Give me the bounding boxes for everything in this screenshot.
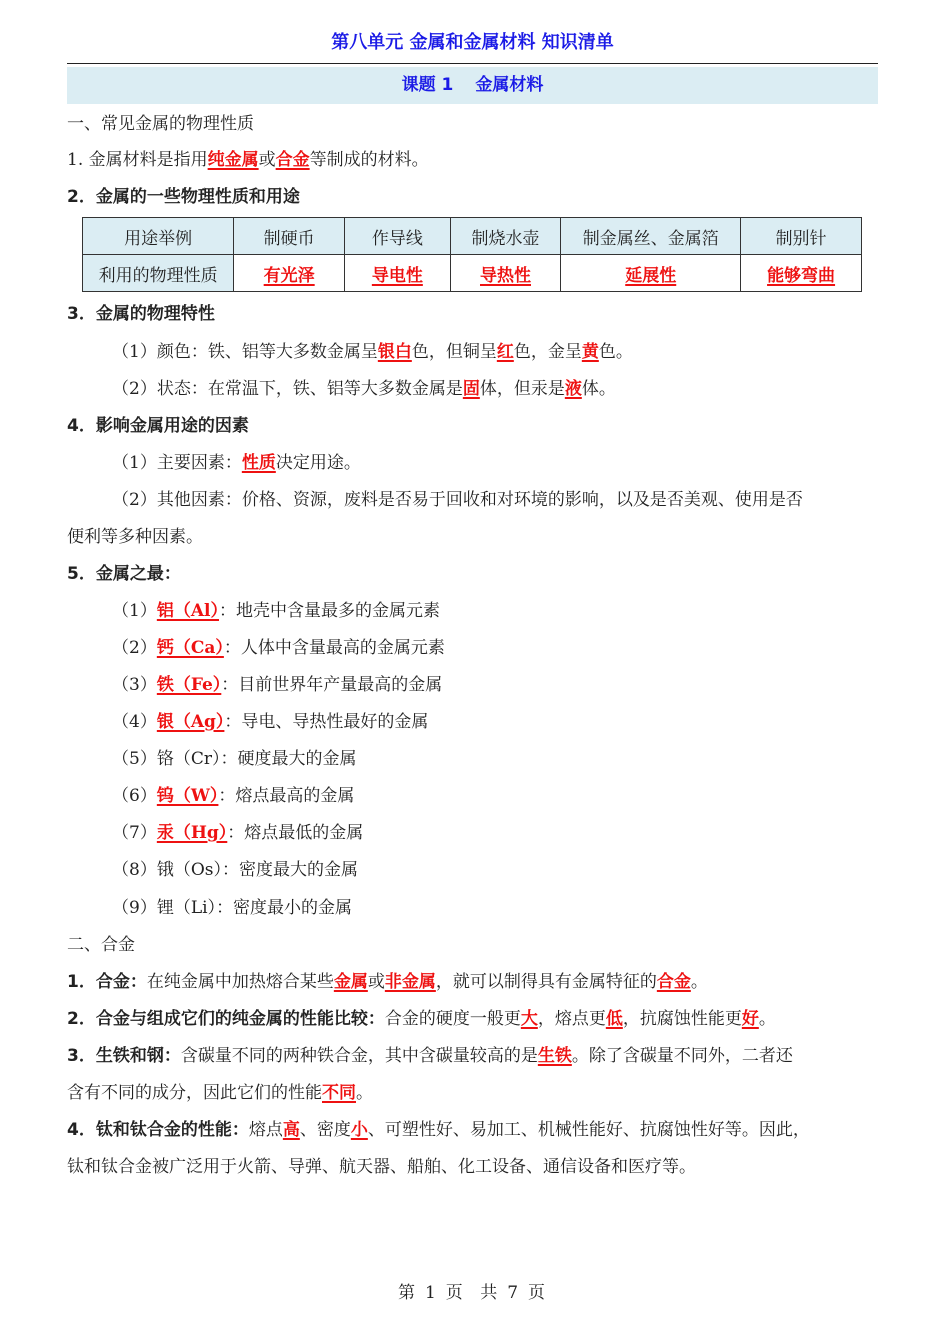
text: 色，金呈 (514, 342, 582, 362)
footer-text: 第 (398, 1283, 417, 1303)
item-description: ：密度最大的金属 (222, 860, 358, 880)
item-description: ：硬度最大的金属 (220, 749, 356, 769)
table-header-cell: 作导线 (345, 218, 451, 255)
document-title: 第八单元 金属和金属材料 知识清单 (0, 28, 945, 54)
properties-uses-table: 用途举例 制硬币 作导线 制烧水壶 制金属丝、金属箔 制别针 利用的物理性质 有… (82, 217, 862, 292)
answer-metal: 铁（Fe） (157, 675, 221, 695)
text: 或 (259, 150, 276, 170)
table-cell: 导电性 (345, 255, 451, 292)
answer-solid: 固 (463, 379, 480, 399)
text: 含有不同的成分，因此它们的性能 (67, 1083, 322, 1103)
item-label: 2．合金与组成它们的纯金属的性能比较： (67, 1009, 385, 1029)
item-number: （8） (112, 860, 157, 880)
text: 色，但铜呈 (412, 342, 497, 362)
subheading-factors: 4．影响金属用途的因素 (67, 414, 249, 438)
text: 决定用途。 (276, 453, 361, 473)
text: ，就可以制得具有金属特征的 (436, 972, 657, 992)
text: 合金的硬度一般更 (385, 1009, 521, 1029)
answer-bendable: 能够弯曲 (767, 266, 835, 286)
subheading-metal-records: 5．金属之最： (67, 562, 181, 586)
title-divider (67, 63, 878, 64)
item-number: （7） (112, 823, 157, 843)
answer-electrical-conductivity: 导电性 (372, 266, 423, 286)
answer-properties: 性质 (242, 453, 276, 473)
list-item: （1）铝（Al）：地壳中含量最多的金属元素 (112, 599, 440, 623)
answer-metal: 钙（Ca） (157, 638, 224, 658)
table-header-row: 用途举例 制硬币 作导线 制烧水壶 制金属丝、金属箔 制别针 (83, 218, 862, 255)
item-number: （9） (112, 898, 157, 918)
page-footer: 第1页 共7页 (0, 1278, 945, 1303)
list-item: （7）汞（Hg）：熔点最低的金属 (112, 821, 363, 845)
list-item: （5）铬（Cr）：硬度最大的金属 (112, 747, 356, 771)
paragraph-titanium-line1: 4．钛和钛合金的性能：熔点高、密度小、可塑性好、易加工、机械性能好、抗腐蚀性好等… (67, 1118, 810, 1142)
answer-pure-metal: 纯金属 (208, 150, 259, 170)
answer-alloy: 合金 (276, 150, 310, 170)
table-cell: 能够弯曲 (741, 255, 862, 292)
answer-ductility: 延展性 (625, 266, 676, 286)
list-item: （9）锂（Li）：密度最小的金属 (112, 896, 352, 920)
text: 含碳量不同的两种铁合金，其中含碳量较高的是 (181, 1046, 538, 1066)
item-number: （6） (112, 786, 157, 806)
section-heading-physical-properties: 一、常见金属的物理性质 (67, 112, 254, 136)
subheading-properties-uses: 2．金属的一些物理性质和用途 (67, 185, 300, 209)
text: （1）颜色：铁、铝等大多数金属呈 (112, 342, 378, 362)
paragraph-alloy-definition: 1．合金：在纯金属中加热熔合某些金属或非金属，就可以制得具有金属特征的合金。 (67, 970, 708, 994)
text: 或 (368, 972, 385, 992)
table-header-cell: 制金属丝、金属箔 (561, 218, 741, 255)
table-row-header: 利用的物理性质 (83, 255, 234, 292)
table-header-cell: 制烧水壶 (450, 218, 561, 255)
text: 、密度 (300, 1120, 351, 1140)
item-label: 4．钛和钛合金的性能： (67, 1120, 249, 1140)
table-header-cell: 制硬币 (234, 218, 345, 255)
answer-metal: 金属 (334, 972, 368, 992)
paragraph-main-factor: （1）主要因素：性质决定用途。 (112, 451, 361, 475)
answer-different: 不同 (322, 1083, 356, 1103)
paragraph-other-factors-line2: 便利等多种因素。 (67, 525, 203, 549)
list-item: （6）钨（W）：熔点最高的金属 (112, 784, 354, 808)
paragraph-alloy-comparison: 2．合金与组成它们的纯金属的性能比较：合金的硬度一般更大，熔点更低，抗腐蚀性能更… (67, 1007, 776, 1031)
answer-yellow: 黄 (582, 342, 599, 362)
paragraph-metal-materials: 1. 金属材料是指用纯金属或合金等制成的材料。 (67, 148, 429, 172)
text: ，熔点更 (538, 1009, 606, 1029)
answer-silver-white: 银白 (378, 342, 412, 362)
list-item: （2）钙（Ca）：人体中含量最高的金属元素 (112, 636, 445, 660)
text: 。 (759, 1009, 776, 1029)
answer-high: 高 (283, 1120, 300, 1140)
item-description: ：人体中含量最高的金属元素 (224, 638, 445, 658)
table-row: 利用的物理性质 有光泽 导电性 导热性 延展性 能够弯曲 (83, 255, 862, 292)
text: 等制成的材料。 (310, 150, 429, 170)
list-item: （3）铁（Fe）：目前世界年产量最高的金属 (112, 673, 442, 697)
list-item: （8）锇（Os）：密度最大的金属 (112, 858, 358, 882)
table-header-cell: 制别针 (741, 218, 862, 255)
subheading-physical-characteristics: 3．金属的物理特性 (67, 302, 215, 326)
paragraph-pig-iron-steel-line2: 含有不同的成分，因此它们的性能不同。 (67, 1081, 373, 1105)
metal-name: 铬（Cr） (157, 749, 221, 769)
item-number: （3） (112, 675, 157, 695)
answer-alloy: 合金 (657, 972, 691, 992)
text: 在纯金属中加热熔合某些 (147, 972, 334, 992)
text: （1）主要因素： (112, 453, 242, 473)
item-label: 3．生铁和钢： (67, 1046, 181, 1066)
table-header-cell: 用途举例 (83, 218, 234, 255)
text: 。 (691, 972, 708, 992)
paragraph-other-factors-line1: （2）其他因素：价格、资源，废料是否易于回收和对环境的影响，以及是否美观、使用是… (112, 488, 803, 512)
item-description: ：熔点最高的金属 (218, 786, 354, 806)
item-description: ：地壳中含量最多的金属元素 (219, 601, 440, 621)
item-description: ：熔点最低的金属 (227, 823, 363, 843)
text: 色。 (599, 342, 633, 362)
lesson-banner: 课题 1金属材料 (67, 67, 878, 104)
metal-name: 锇（Os） (157, 860, 222, 880)
footer-text: 页 (446, 1283, 465, 1303)
item-number: （5） (112, 749, 157, 769)
item-number: （2） (112, 638, 157, 658)
item-number: （1） (112, 601, 157, 621)
item-description: ：密度最小的金属 (216, 898, 352, 918)
item-number: 1. (67, 150, 83, 170)
answer-lower: 低 (606, 1009, 623, 1029)
text: 。除了含碳量不同外，二者还 (572, 1046, 793, 1066)
text: 熔点 (249, 1120, 283, 1140)
item-description: ：目前世界年产量最高的金属 (221, 675, 442, 695)
table-cell: 延展性 (561, 255, 741, 292)
paragraph-titanium-line2: 钛和钛合金被广泛用于火箭、导弹、航天器、船舶、化工设备、通信设备和医疗等。 (67, 1155, 696, 1179)
lesson-number: 课题 1 (402, 75, 454, 95)
answer-red: 红 (497, 342, 514, 362)
footer-text: 页 (528, 1283, 547, 1303)
answer-pig-iron: 生铁 (538, 1046, 572, 1066)
text: 、可塑性好、易加工、机械性能好、抗腐蚀性好等。因此， (368, 1120, 810, 1140)
answer-greater: 大 (521, 1009, 538, 1029)
answer-metal: 汞（Hg） (157, 823, 227, 843)
table-cell: 有光泽 (234, 255, 345, 292)
footer-text: 共 (480, 1283, 499, 1303)
text: 体，但汞是 (480, 379, 565, 399)
text: ，抗腐蚀性能更 (623, 1009, 742, 1029)
text: 金属材料是指用 (89, 150, 208, 170)
answer-nonmetal: 非金属 (385, 972, 436, 992)
answer-metal: 铝（Al） (157, 601, 219, 621)
item-number: （4） (112, 712, 157, 732)
answer-metal: 银（Ag） (157, 712, 225, 732)
lesson-title: 金属材料 (475, 75, 543, 95)
page-number: 1 (425, 1283, 438, 1303)
answer-metal: 钨（W） (157, 786, 219, 806)
text: 体。 (582, 379, 616, 399)
answer-liquid: 液 (565, 379, 582, 399)
text: 。 (356, 1083, 373, 1103)
metal-name: 锂（Li） (157, 898, 216, 918)
item-description: ：导电、导热性最好的金属 (224, 712, 428, 732)
total-pages: 7 (507, 1283, 520, 1303)
paragraph-state: （2）状态：在常温下，铁、铝等大多数金属是固体，但汞是液体。 (112, 377, 616, 401)
list-item: （4）银（Ag）：导电、导热性最好的金属 (112, 710, 428, 734)
answer-better: 好 (742, 1009, 759, 1029)
item-label: 1．合金： (67, 972, 147, 992)
answer-luster: 有光泽 (264, 266, 315, 286)
paragraph-pig-iron-steel-line1: 3．生铁和钢：含碳量不同的两种铁合金，其中含碳量较高的是生铁。除了含碳量不同外，… (67, 1044, 793, 1068)
answer-small: 小 (351, 1120, 368, 1140)
answer-thermal-conductivity: 导热性 (480, 266, 531, 286)
text: （2）状态：在常温下，铁、铝等大多数金属是 (112, 379, 463, 399)
table-cell: 导热性 (450, 255, 561, 292)
paragraph-color: （1）颜色：铁、铝等大多数金属呈银白色，但铜呈红色，金呈黄色。 (112, 340, 633, 364)
section-heading-alloys: 二、合金 (67, 933, 135, 957)
